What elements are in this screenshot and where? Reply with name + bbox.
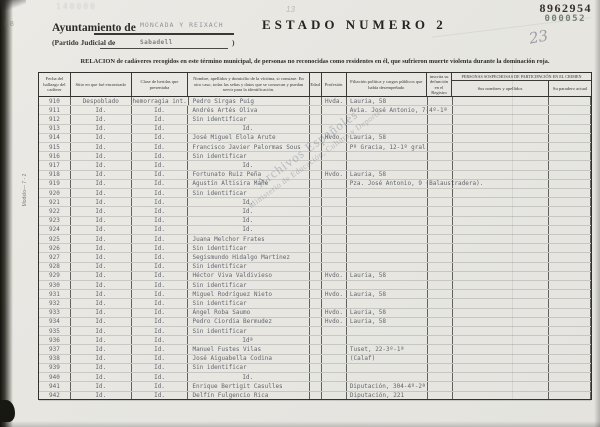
- table-cell: 929: [39, 272, 71, 280]
- table-cell: 932: [39, 299, 71, 307]
- table-cell: Héctor Viva Valdivieso: [188, 272, 310, 280]
- table-cell: Lauria, 58: [347, 171, 428, 179]
- table-cell: 933: [39, 309, 71, 317]
- table-cell: Id.: [71, 373, 132, 381]
- table-cell: Sin identificar: [188, 244, 310, 252]
- table-cell: [549, 373, 591, 381]
- table-cell: Id.: [71, 207, 132, 215]
- table-row: 916Id.Id.Sin identificar: [39, 152, 591, 161]
- col-header-edad: Edad: [310, 73, 322, 96]
- table-cell: [322, 253, 347, 261]
- table-cell: [310, 207, 322, 215]
- table-cell: [453, 253, 550, 261]
- faint-pencil-mark: 13: [286, 5, 295, 14]
- table-cell: [347, 226, 428, 234]
- table-cell: Id.: [71, 345, 132, 353]
- table-cell: [453, 125, 550, 133]
- table-cell: [549, 161, 591, 169]
- table-row: 940Id.Id.Id.: [39, 373, 591, 382]
- table-cell: [549, 253, 591, 261]
- col-header-sospechosas-paradero: Su paradero actual: [549, 81, 591, 96]
- table-cell: [310, 263, 322, 271]
- col-header-nombre: Nombre, apellidos y domicilio de la víct…: [188, 73, 309, 96]
- col-header-sitio: Sitio en que fué encontrado: [71, 73, 132, 96]
- table-cell: Id.: [71, 106, 132, 114]
- col-header-registro: ¿Fué inscrita su defunción en el Registr…: [427, 73, 452, 96]
- table-cell: [428, 373, 453, 381]
- table-cell: Lauria, 58: [347, 290, 428, 298]
- table-cell: Delfín Fulgencio Rica: [188, 392, 310, 400]
- table-cell: [428, 207, 453, 215]
- table-cell: [428, 244, 453, 252]
- table-cell: [310, 235, 322, 243]
- table-cell: Id.: [188, 125, 310, 133]
- table-cell: [310, 272, 322, 280]
- judicial-district-value-typed: Sabadell: [140, 39, 173, 46]
- table-cell: 928: [39, 263, 71, 271]
- table-cell: [310, 134, 322, 142]
- table-cell: 930: [39, 281, 71, 289]
- table-cell: Agustín Altisira Mañé: [188, 180, 309, 188]
- table-cell: 916: [39, 152, 71, 160]
- table-cell: Pedro Sirgas Puig: [189, 97, 310, 105]
- scan-edge-left: [0, 0, 13, 427]
- table-cell: 926: [39, 244, 71, 252]
- table-cell: Id.: [132, 253, 189, 261]
- table-cell: Id.: [188, 161, 310, 169]
- table-cell: Id.: [132, 235, 189, 243]
- table-cell: [310, 217, 322, 225]
- table-cell: [310, 281, 322, 289]
- table-cell: [347, 281, 428, 289]
- table-cell: [549, 272, 591, 280]
- table-cell: 924: [39, 226, 71, 234]
- table-cell: [549, 263, 591, 271]
- table-cell: [310, 171, 322, 179]
- table-row: 911Id.Id.Andrés Artés OlivaAvia. José An…: [39, 106, 591, 115]
- table-row: 929Id.Id.Héctor Viva ValdiviesoHvdo.Laur…: [39, 272, 591, 281]
- table-row: 913Id.Id.Id.: [39, 125, 591, 134]
- table-row: 915Id.Id.Francisco Javier Palormas SousP…: [39, 143, 591, 152]
- table-cell: [453, 336, 550, 344]
- table-cell: [347, 198, 428, 206]
- table-cell: [453, 364, 550, 372]
- table-cell: [310, 125, 322, 133]
- table-cell: Id.: [71, 382, 132, 390]
- table-cell: Id.: [132, 207, 189, 215]
- table-cell: Id.: [132, 125, 189, 133]
- table-cell: Id.: [132, 198, 189, 206]
- form-model-label: Modelo— 7 - 2: [22, 174, 28, 207]
- table-cell: [549, 171, 591, 179]
- table-cell: [428, 272, 453, 280]
- table-cell: Id.: [132, 272, 189, 280]
- table-cell: [549, 355, 591, 363]
- table-row: 939Id.Id.Sin identificar: [39, 364, 591, 373]
- table-cell: Lauria, 58: [347, 134, 428, 142]
- table-cell: [428, 364, 453, 372]
- municipality-value-typed: MONCADA Y REIXACH: [140, 21, 224, 29]
- table-cell: [310, 253, 322, 261]
- table-row: 917Id.Id.Id.: [39, 161, 591, 170]
- table-cell: Id.: [71, 134, 132, 142]
- table-cell: Diputación, 304-4º-2ª: [347, 382, 428, 390]
- table-cell: Hvdo.: [322, 290, 347, 298]
- col-header-sospechosas-nombres: Sus nombres y apellidos: [452, 81, 549, 96]
- table-cell: [453, 180, 550, 188]
- table-cell: [347, 336, 428, 344]
- table-cell: Manuel Fustes Vilas: [188, 345, 310, 353]
- judicial-district-underline: [100, 48, 228, 49]
- table-cell: 931: [39, 290, 71, 298]
- table-cell: 918: [39, 171, 71, 179]
- table-cell: [453, 235, 550, 243]
- table-cell: José Miguel Elola Arute: [188, 134, 310, 142]
- table-cell: Id.: [132, 161, 189, 169]
- judicial-district-close-paren: ): [232, 38, 235, 47]
- table-cell: 934: [39, 318, 71, 326]
- handwritten-page-number: 23: [527, 26, 549, 47]
- table-cell: Miguel Rodríguez Nieto: [188, 290, 310, 298]
- col-header-fecha: Fecha del hallazgo del cadáver: [39, 73, 71, 96]
- table-cell: [310, 198, 322, 206]
- table-cell: Id.: [132, 318, 189, 326]
- table-cell: [322, 125, 347, 133]
- table-cell: Id.: [71, 309, 132, 317]
- table-cell: Segismundo Hidalgo Martínez: [188, 253, 310, 261]
- table-row: 936Id.Id.Idª: [39, 336, 591, 345]
- table-cell: 937: [39, 345, 71, 353]
- table-cell: [310, 364, 322, 372]
- table-cell: [347, 161, 428, 169]
- table-cell: Id.: [71, 364, 132, 372]
- table-cell: [428, 318, 453, 326]
- table-cell: [453, 226, 550, 234]
- table-cell: Id.: [71, 272, 132, 280]
- table-cell: 921: [39, 198, 71, 206]
- table-cell: [347, 207, 428, 215]
- table-cell: Id.: [132, 115, 189, 123]
- table-cell: [322, 281, 347, 289]
- table-cell: Hvdo.: [322, 134, 347, 142]
- table-cell: [453, 134, 550, 142]
- table-row: 923Id.Id.Id.: [39, 217, 591, 226]
- table-cell: [347, 244, 428, 252]
- table-cell: [322, 198, 347, 206]
- table-cell: Lauria, 58: [347, 318, 428, 326]
- table-cell: José Aiguabella Codina: [188, 355, 310, 363]
- table-cell: [453, 189, 550, 197]
- table-cell: Sin identificar: [188, 281, 310, 289]
- table-cell: [549, 382, 591, 390]
- table-cell: Id.: [71, 263, 132, 271]
- table-cell: [428, 180, 453, 188]
- table-header-row: Fecha del hallazgo del cadáver Sitio en …: [39, 73, 591, 97]
- table-row: 919Id.Id.Agustín Altisira MañéPza. José …: [39, 180, 591, 189]
- table-cell: Hvdo.: [322, 309, 347, 317]
- table-cell: [549, 134, 591, 142]
- table-cell: [549, 97, 591, 105]
- table-cell: [453, 161, 550, 169]
- table-cell: Sin identificar: [188, 115, 310, 123]
- table-cell: [549, 336, 591, 344]
- table-cell: 917: [39, 161, 71, 169]
- table-cell: 925: [39, 235, 71, 243]
- table-row: 922Id.Id.Id.: [39, 207, 591, 216]
- table-cell: [549, 392, 591, 400]
- table-cell: [453, 207, 550, 215]
- table-cell: Id.: [71, 392, 132, 400]
- col-group-sospechosas-title: PERSONAS SOSPECHOSAS DE PARTICIPACIÓN EN…: [452, 73, 591, 81]
- table-cell: [453, 281, 550, 289]
- table-cell: [428, 290, 453, 298]
- table-cell: [428, 189, 453, 197]
- table-cell: Lauria, 58: [347, 272, 428, 280]
- table-cell: [428, 115, 453, 123]
- table-cell: 911: [39, 106, 71, 114]
- table-body: 910Despobladohemorragia int.Pedro Sirgas…: [39, 97, 591, 401]
- table-cell: Hvdo.: [322, 318, 347, 326]
- table-cell: [322, 217, 347, 225]
- table-cell: Id.: [132, 189, 189, 197]
- table-cell: Id.: [132, 290, 189, 298]
- table-cell: Francisco Javier Palormas Sous: [188, 143, 309, 151]
- table-cell: Id.: [71, 189, 132, 197]
- table-cell: [453, 272, 550, 280]
- table-cell: Hvdo.: [322, 272, 347, 280]
- table-cell: Id.: [188, 373, 310, 381]
- scan-edge-right: [594, 0, 600, 427]
- table-cell: Id.: [188, 217, 310, 225]
- table-cell: Id.: [132, 143, 189, 151]
- table-cell: [347, 115, 428, 123]
- table-cell: [428, 152, 453, 160]
- table-cell: Id.: [71, 355, 132, 363]
- table-cell: Id.: [71, 244, 132, 252]
- table-cell: [428, 198, 453, 206]
- table-cell: Lauria, 58: [347, 97, 428, 105]
- table-cell: [453, 106, 550, 114]
- table-cell: Id.: [132, 336, 189, 344]
- table-cell: [310, 189, 322, 197]
- table-cell: Id.: [132, 171, 189, 179]
- table-cell: Id.: [71, 318, 132, 326]
- table-cell: [322, 244, 347, 252]
- table-cell: [310, 161, 322, 169]
- table-cell: Id.: [71, 336, 132, 344]
- table-row: 937Id.Id.Manuel Fustes VilasTuset, 22-3º…: [39, 345, 591, 354]
- table-cell: Id.: [71, 217, 132, 225]
- judicial-district-line: (Partido Judicial de Sabadell ): [52, 38, 115, 47]
- table-cell: [322, 373, 347, 381]
- table-cell: 915: [39, 143, 71, 151]
- table-row: 926Id.Id.Sin identificar: [39, 244, 591, 253]
- table-row: 941Id.Id.Enrique Bertigit CasullesDiputa…: [39, 382, 591, 391]
- table-cell: Id.: [132, 327, 189, 335]
- table-cell: [428, 125, 453, 133]
- table-cell: 942: [39, 392, 71, 400]
- table-cell: [322, 392, 347, 400]
- table-cell: Lauria, 58: [347, 309, 428, 317]
- table-cell: [549, 143, 591, 151]
- table-cell: Id.: [71, 143, 132, 151]
- table-cell: 927: [39, 253, 71, 261]
- table-cell: [428, 355, 453, 363]
- table-cell: Id.: [71, 125, 132, 133]
- table-cell: Id.: [132, 364, 189, 372]
- table-row: 925Id.Id.Juana Melchor Frates: [39, 235, 591, 244]
- table-cell: [549, 217, 591, 225]
- table-cell: [453, 115, 550, 123]
- table-cell: [453, 217, 550, 225]
- table-cell: [310, 115, 322, 123]
- table-cell: [549, 106, 591, 114]
- table-cell: [310, 180, 322, 188]
- table-cell: [322, 161, 347, 169]
- table-cell: Despoblado: [71, 97, 132, 105]
- table-cell: [549, 125, 591, 133]
- table-cell: Id.: [71, 115, 132, 123]
- table-cell: Id.: [132, 152, 189, 160]
- table-cell: [322, 345, 347, 353]
- table-cell: [549, 327, 591, 335]
- table-cell: Id.: [132, 345, 189, 353]
- table-cell: [549, 152, 591, 160]
- table-cell: Id.: [71, 290, 132, 298]
- table-cell: [322, 235, 347, 243]
- table-cell: 914: [39, 134, 71, 142]
- table-cell: Sin identificar: [188, 299, 310, 307]
- table-cell: [347, 373, 428, 381]
- table-row: 921Id.Id.Id.: [39, 198, 591, 207]
- table-cell: [453, 152, 550, 160]
- table-cell: [347, 253, 428, 261]
- table-cell: 938: [39, 355, 71, 363]
- table-cell: Pedro Ciordia Bermudez: [188, 318, 310, 326]
- table-cell: Id.: [71, 171, 132, 179]
- table-row: 933Id.Id.Ángel Roba SaumoHvdo.Lauria, 58: [39, 309, 591, 318]
- table-cell: [310, 143, 322, 151]
- table-cell: Id.: [71, 180, 132, 188]
- table-cell: Id.: [188, 198, 310, 206]
- table-row: 924Id.Id.Id.: [39, 226, 591, 235]
- table-cell: [322, 152, 347, 160]
- table-cell: [549, 235, 591, 243]
- table-row: 942Id.Id.Delfín Fulgencio RicaDiputación…: [39, 392, 591, 401]
- table-cell: [453, 263, 550, 271]
- table-cell: [549, 299, 591, 307]
- table-cell: [549, 189, 591, 197]
- table-cell: [428, 382, 453, 390]
- table-cell: Id.: [132, 281, 189, 289]
- table-row: 931Id.Id.Miguel Rodríguez NietoHvdo.Laur…: [39, 290, 591, 299]
- table-cell: [347, 364, 428, 372]
- table-cell: Id.: [71, 299, 132, 307]
- records-table: Fecha del hallazgo del cadáver Sitio en …: [38, 72, 592, 400]
- table-cell: 913: [39, 125, 71, 133]
- table-cell: [428, 161, 453, 169]
- table-cell: [428, 281, 453, 289]
- table-cell: [310, 345, 322, 353]
- table-cell: 919: [39, 180, 71, 188]
- table-cell: Id.: [132, 106, 189, 114]
- table-row: 912Id.Id.Sin identificar: [39, 115, 591, 124]
- table-cell: [347, 263, 428, 271]
- table-cell: [428, 327, 453, 335]
- col-group-sospechosas: PERSONAS SOSPECHOSAS DE PARTICIPACIÓN EN…: [452, 73, 591, 96]
- table-cell: Pza. José Antonio, 9 (Balaustradera).: [347, 180, 428, 188]
- folio-stamp-number: 000052: [544, 14, 586, 24]
- table-cell: Id.: [71, 161, 132, 169]
- table-cell: [549, 345, 591, 353]
- form-subtitle: RELACION de cadáveres recogidos en este …: [38, 58, 592, 65]
- table-cell: [428, 217, 453, 225]
- table-cell: [428, 97, 453, 105]
- table-cell: Id.: [71, 152, 132, 160]
- table-cell: [453, 171, 550, 179]
- table-cell: [549, 244, 591, 252]
- municipality-underline: [94, 33, 234, 35]
- table-cell: 940: [39, 373, 71, 381]
- col-header-heridas: Clase de heridas que presentaba: [132, 73, 189, 96]
- table-cell: Id.: [132, 355, 189, 363]
- table-cell: [322, 336, 347, 344]
- table-cell: 923: [39, 217, 71, 225]
- table-cell: [428, 226, 453, 234]
- table-cell: Fortunato Ruiz Peña: [188, 171, 310, 179]
- table-cell: Hvda.: [322, 97, 347, 105]
- table-cell: [428, 345, 453, 353]
- scanned-document-page: 8962954 000052 23 13 140000 3 8 Modelo— …: [0, 0, 600, 427]
- table-cell: 922: [39, 207, 71, 215]
- faint-corner-stamp: 140000: [56, 2, 97, 11]
- judicial-district-label: (Partido Judicial de: [52, 38, 115, 47]
- table-cell: Id.: [71, 198, 132, 206]
- table-cell: [310, 373, 322, 381]
- table-cell: Diputación, 221: [347, 392, 428, 400]
- table-row: 932Id.Id.Sin identificar: [39, 299, 591, 308]
- table-cell: [549, 364, 591, 372]
- table-cell: [549, 207, 591, 215]
- table-cell: [322, 263, 347, 271]
- table-cell: Juana Melchor Frates: [188, 235, 310, 243]
- table-cell: Sin identificar: [188, 152, 310, 160]
- table-cell: [549, 318, 591, 326]
- table-row: 918Id.Id.Fortunato Ruiz PeñaHvdo.Lauria,…: [39, 171, 591, 180]
- table-cell: Sin identificar: [188, 327, 310, 335]
- table-cell: [453, 345, 550, 353]
- table-cell: Id.: [132, 392, 189, 400]
- table-row: 934Id.Id.Pedro Ciordia BermudezHvdo.Laur…: [39, 318, 591, 327]
- table-cell: [453, 309, 550, 317]
- table-cell: hemorragia int.: [132, 97, 189, 105]
- table-cell: [428, 235, 453, 243]
- table-cell: [310, 327, 322, 335]
- table-cell: [453, 382, 550, 390]
- table-cell: [453, 318, 550, 326]
- table-cell: [549, 180, 591, 188]
- table-cell: [347, 125, 428, 133]
- table-row: 938Id.Id.José Aiguabella Codina(Calaf): [39, 355, 591, 364]
- table-cell: Id.: [132, 244, 189, 252]
- table-cell: Id.: [132, 263, 189, 271]
- table-cell: [347, 189, 428, 197]
- table-cell: [322, 180, 347, 188]
- table-cell: [453, 373, 550, 381]
- table-cell: [428, 253, 453, 261]
- table-cell: 910: [39, 97, 71, 105]
- table-cell: [347, 299, 428, 307]
